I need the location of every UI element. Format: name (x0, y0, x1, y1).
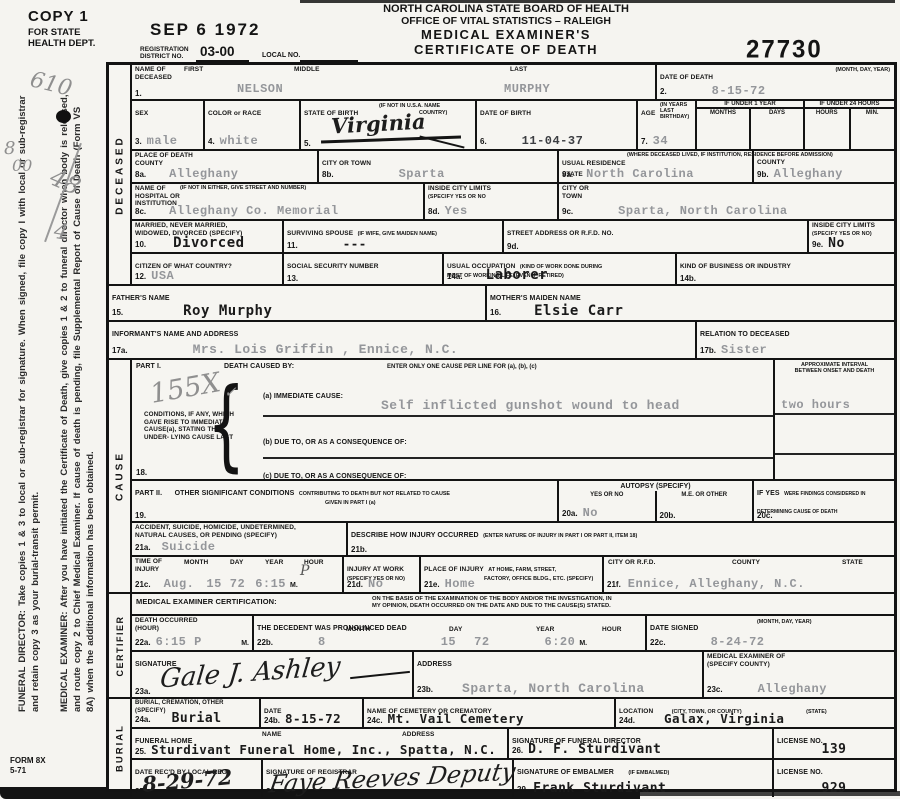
field-cemetery: NAME OF CEMETERY OR CREMATORY 24c. Mt. V… (364, 699, 616, 727)
field-mothers-maiden-name: MOTHER'S MAIDEN NAME 16. Elsie Carr (487, 286, 894, 320)
ink-blot (56, 110, 71, 123)
signature-flourish (350, 671, 410, 679)
value-surviving-spouse: --- (343, 236, 367, 251)
field-funeral-home: FUNERAL HOME NAME ADDRESS 25. Sturdivant… (132, 729, 509, 758)
value-place-of-injury: Home (445, 577, 476, 591)
value-manner: Suicide (162, 540, 216, 554)
value-residence-county: Alleghany (774, 167, 843, 181)
value-occupation: Laborer (486, 267, 549, 283)
field-marital-status: MARRIED, NEVER MARRIED,WIDOWED, DIVORCED… (132, 221, 284, 252)
conditions-note: CONDITIONS, IF ANY, WHICH GAVE RISE TO I… (132, 381, 249, 479)
subfield-hours: HOURS (805, 109, 851, 149)
field-part2-conditions: PART II. OTHER SIGNIFICANT CONDITIONS CO… (132, 481, 559, 521)
deceased-section-label: DECEASED (109, 65, 132, 284)
field-describe-injury: DESCRIBE HOW INJURY OCCURRED (ENTER NATU… (348, 523, 894, 555)
value-injury-day: 15 (206, 577, 221, 591)
field-inside-city-limits-1: INSIDE CITY LIMITS(SPECIFY YES OR NO 8d.… (425, 184, 559, 219)
field-name-of-deceased: NAME OFDECEASED FIRST MIDDLE LAST 1. NEL… (132, 65, 657, 99)
value-funeral-director: D. F. Sturdivant (528, 742, 661, 757)
pencil-cause-check: ✓ (224, 383, 237, 401)
death-certificate-scan: COPY 1 FOR STATE HEALTH DEPT. SEP 6 1972… (0, 0, 900, 799)
value-injury-hour: 6:15 (255, 577, 286, 591)
value-informant: Mrs. Lois Griffin , Ennice, N.C. (193, 342, 459, 357)
pencil-mark-00: 00 (12, 156, 32, 175)
field-me-address: ADDRESS 23b. Sparta, North Carolina (414, 652, 704, 697)
field-date-of-death: DATE OF DEATH (MONTH, DAY, YEAR) 2. 8-15… (657, 65, 894, 99)
field-me-signature: SIGNATURE 23a. Gale J. Ashley (132, 652, 414, 697)
field-age: AGE (IN YEARS LAST BIRTHDAY) 7. 34 (638, 101, 697, 149)
value-embalmer: Frank Sturdivant (533, 781, 666, 796)
value-injury-at-work: No (368, 577, 383, 591)
burial-section-label: BURIAL (109, 699, 132, 797)
field-street-address: STREET ADDRESS OR R.F.D. NO. 9d. (504, 221, 809, 252)
value-inside-city-limits-2: No (828, 236, 845, 251)
field-fd-license: LICENSE NO. 139 (774, 729, 894, 758)
value-burial-date: 8-15-72 (285, 711, 341, 726)
subfield-months: MONTHS (697, 109, 751, 149)
value-pronounced-year: 72 (474, 635, 489, 649)
value-interval: two hours (781, 398, 850, 412)
section-cause: CAUSE PART I. DEATH CAUSED BY: ENTER ONL… (109, 360, 894, 594)
margin-note-funeral-director: FUNERAL DIRECTOR: Take copies 1 & 3 to l… (16, 94, 42, 712)
interval-column: APPROXIMATE INTERVALBETWEEN ONSET AND DE… (775, 360, 894, 479)
value-autopsy: No (583, 506, 598, 520)
field-registrar-signature: SIGNATURE OF REGISTRAR 28. Faye Reeves D… (263, 760, 514, 797)
field-fathers-name: FATHER'S NAME 15. Roy Murphy (109, 286, 487, 320)
value-pronounced-hour: 6:20 (545, 635, 576, 649)
section-deceased: DECEASED NAME OFDECEASED FIRST MIDDLE LA… (109, 65, 894, 286)
value-cemetery: Mt. Vail Cemetery (388, 711, 524, 726)
field-injury-location: CITY OR R.F.D. COUNTY STATE 21f. Ennice,… (604, 557, 894, 592)
part1-label: PART I. (136, 363, 161, 371)
col-middle: MIDDLE (294, 66, 320, 74)
section-parents: FATHER'S NAME 15. Roy Murphy MOTHER'S MA… (109, 286, 894, 360)
value-inside-city-limits-1: Yes (445, 204, 468, 218)
value-funeral-home: Sturdivant Funeral Home, Inc., Spatta, N… (151, 742, 496, 757)
copy-sub1: FOR STATE (28, 27, 80, 38)
title-line3: MEDICAL EXAMINER'S (330, 27, 682, 42)
value-death-occurred-hour: 6:15 P (156, 635, 202, 649)
field-surviving-spouse: SURVIVING SPOUSE (IF WIFE, GIVE MAIDEN N… (284, 221, 504, 252)
cause-line-c: (c) DUE TO, OR AS A CONSEQUENCE OF: (263, 459, 773, 479)
value-relation: Sister (721, 343, 767, 357)
field-informant: INFORMANT'S NAME AND ADDRESS 17a. Mrs. L… (109, 322, 697, 358)
value-date-of-death: 8-15-72 (712, 84, 766, 98)
value-pronounced-day: 15 (441, 635, 456, 649)
cause-line-b: (b) DUE TO, OR AS A CONSEQUENCE OF: (263, 417, 773, 459)
me-certification-label: MEDICAL EXAMINER CERTIFICATION: (136, 598, 277, 606)
field-usual-residence-state: USUAL RESIDENCE (WHERE DECEASED LIVED, I… (559, 151, 754, 182)
value-residence-city: Sparta, North Carolina (618, 204, 787, 218)
certifier-section-label: CERTIFIER (109, 594, 132, 697)
section-burial: BURIAL BURIAL, CREMATION, OTHER(SPECIFY)… (109, 699, 894, 797)
value-pronounced-month: 8 (318, 635, 326, 649)
field-state-of-birth: STATE OF BIRTH (IF NOT IN U.S.A. NAME CO… (301, 101, 477, 149)
field-if-under-24-hours: IF UNDER 24 HOURS HOURS MIN. (805, 101, 894, 149)
registration-district-label: REGISTRATION DISTRICT NO. (140, 46, 189, 60)
autopsy-yes-or-no: YES OR NO 20a. No (559, 491, 657, 521)
title-line2: OFFICE OF VITAL STATISTICS – RALEIGH (330, 15, 682, 27)
field-if-yes-findings: IF YES WERE FINDINGS CONSIDERED IN DETER… (754, 481, 894, 521)
field-color-or-race: COLOR or RACE 4. white (205, 101, 301, 149)
field-injury-at-work: INJURY AT WORK (SPECIFY YES OR NO) 21d. … (344, 557, 421, 592)
value-injury-year: 72 (230, 577, 245, 591)
value-pod-county: Alleghany (169, 167, 238, 181)
subfield-days: DAYS (751, 109, 803, 149)
received-date-stamp: SEP 6 1972 (150, 20, 260, 40)
title-line4: CERTIFICATE OF DEATH (330, 42, 682, 57)
value-injury-month: Aug. (164, 577, 195, 591)
registration-district-value: 03-00 (196, 44, 249, 62)
field-burial-location: LOCATION (CITY, TOWN, OR COUNTY) (STATE)… (616, 699, 894, 727)
value-sex: male (147, 134, 178, 148)
value-me-county: Alleghany (758, 682, 827, 696)
field-embalmer-signature: SIGNATURE OF EMBALMER (IF EMBALMED) 29. … (514, 760, 774, 797)
title-line1: NORTH CAROLINA STATE BOARD OF HEALTH (330, 3, 682, 15)
handwritten-state-of-birth: Virginia (330, 109, 426, 139)
field-occupation: USUAL OCCUPATION (KIND OF WORK DONE DURI… (444, 254, 677, 284)
form-title: NORTH CAROLINA STATE BOARD OF HEALTH OFF… (330, 3, 682, 57)
field-citizen: CITIZEN OF WHAT COUNTRY? 12. USA (132, 254, 284, 284)
value-last-name: MURPHY (504, 82, 550, 96)
field-medical-examiner-of: MEDICAL EXAMINER OF(SPECIFY COUNTY) 23c.… (704, 652, 894, 697)
form-revision: 5-71 (10, 766, 26, 775)
field-hospital: NAME OFHOSPITAL ORINSTITUTION (IF NOT IN… (132, 184, 425, 219)
field-place-of-injury: PLACE OF INJURY AT HOME, FARM, STREET, F… (421, 557, 604, 592)
scan-edge-top (300, 0, 895, 3)
field-autopsy: AUTOPSY (SPECIFY) YES OR NO 20a. No M.E.… (559, 481, 754, 521)
col-last: LAST (510, 66, 527, 74)
cause-line-a: (a) IMMEDIATE CAUSE: Self inflicted guns… (263, 381, 773, 417)
value-race: white (220, 134, 259, 148)
field-date-received: DATE REC'D BY LOCAL REG. 27. 8-29-72 (132, 760, 263, 797)
pencil-hour-p: P (300, 563, 309, 579)
field-embalmer-license: LICENSE NO. 929 (774, 760, 894, 797)
value-marital-status: Divorced (173, 235, 244, 251)
value-injury-location: Ennice, Alleghany, N.C. (628, 577, 805, 591)
field-if-under-1-year: IF UNDER 1 YEAR MONTHS DAYS (697, 101, 805, 149)
value-hospital: Alleghany Co. Memorial (169, 204, 338, 218)
subfield-min: MIN. (851, 109, 895, 149)
field-date-of-birth: DATE OF BIRTH 6. 11-04-37 (477, 101, 638, 149)
value-fathers-name: Roy Murphy (183, 303, 272, 319)
value-citizen: USA (151, 269, 174, 283)
field-pronounced-dead: THE DECEDENT WAS PRONOUNCED DEAD MONTH D… (254, 616, 647, 650)
field-time-of-injury: TIME OFINJURY MONTH DAY YEAR HOUR 21c. A… (132, 557, 344, 592)
copy-label: COPY 1 (28, 8, 89, 25)
field-inside-city-limits-2: INSIDE CITY LIMITS(SPECIFY YES OR NO) 9e… (809, 221, 894, 252)
field-place-of-death-city: CITY OR TOWN 8b. Sparta (319, 151, 559, 182)
field-manner-of-death: ACCIDENT, SUICIDE, HOMICIDE, UNDETERMINE… (132, 523, 348, 555)
form-number: FORM 8X (10, 756, 46, 765)
field-sex: SEX 3. male (132, 101, 205, 149)
field-burial-date: DATE 24b. 8-15-72 (261, 699, 364, 727)
col-first: FIRST (184, 66, 203, 74)
value-age: 34 (653, 134, 668, 148)
value-pod-city: Sparta (399, 167, 445, 181)
certificate-form: DECEASED NAME OFDECEASED FIRST MIDDLE LA… (106, 62, 897, 792)
value-fd-license: 139 (822, 742, 847, 757)
autopsy-me-or-other: M.E. OR OTHER 20b. (657, 491, 753, 521)
part1-instruction: ENTER ONLY ONE CAUSE PER LINE FOR (a), (… (387, 364, 537, 370)
value-embalmer-license: 929 (822, 781, 847, 796)
value-date-of-birth: 11-04-37 (522, 134, 584, 148)
local-no-label: LOCAL NO. (262, 52, 300, 59)
field-place-of-death-county: PLACE OF DEATHCOUNTY 8a. Alleghany (132, 151, 319, 182)
value-burial-type: Burial (172, 711, 222, 726)
field-date-signed: DATE SIGNED (MONTH, DAY, YEAR) 22c. 8-24… (647, 616, 894, 650)
field-funeral-director-signature: SIGNATURE OF FUNERAL DIRECTOR 26. D. F. … (509, 729, 774, 758)
value-date-signed: 8-24-72 (711, 635, 765, 649)
field-residence-city: CITY ORTOWN 9c. Sparta, North Carolina (559, 184, 894, 219)
value-immediate-cause: Self inflicted gunshot wound to head (381, 398, 680, 413)
field-relation-to-deceased: RELATION TO DECEASED 17b. Sister (697, 322, 894, 358)
section-certifier: CERTIFIER MEDICAL EXAMINER CERTIFICATION… (109, 594, 894, 699)
value-me-address: Sparta, North Carolina (462, 681, 645, 696)
certificate-number: 27730 (746, 35, 823, 64)
cause-section-label: CAUSE (109, 360, 132, 592)
field-industry: KIND OF BUSINESS OR INDUSTRY 14b. (677, 254, 894, 284)
field-death-occurred-hour: DEATH OCCURRED(HOUR) 22a. 6:15 P M. (132, 616, 254, 650)
value-mothers-maiden-name: Elsie Carr (534, 303, 623, 319)
copy-sub2: HEALTH DEPT. (28, 38, 95, 49)
value-burial-location: Galax, Virginia (664, 711, 784, 726)
value-first-name: NELSON (237, 82, 283, 96)
field-ssn: SOCIAL SECURITY NUMBER 13. (284, 254, 444, 284)
field-burial-type: BURIAL, CREMATION, OTHER(SPECIFY) 24a. B… (132, 699, 261, 727)
value-residence-state: North Carolina (586, 167, 694, 181)
